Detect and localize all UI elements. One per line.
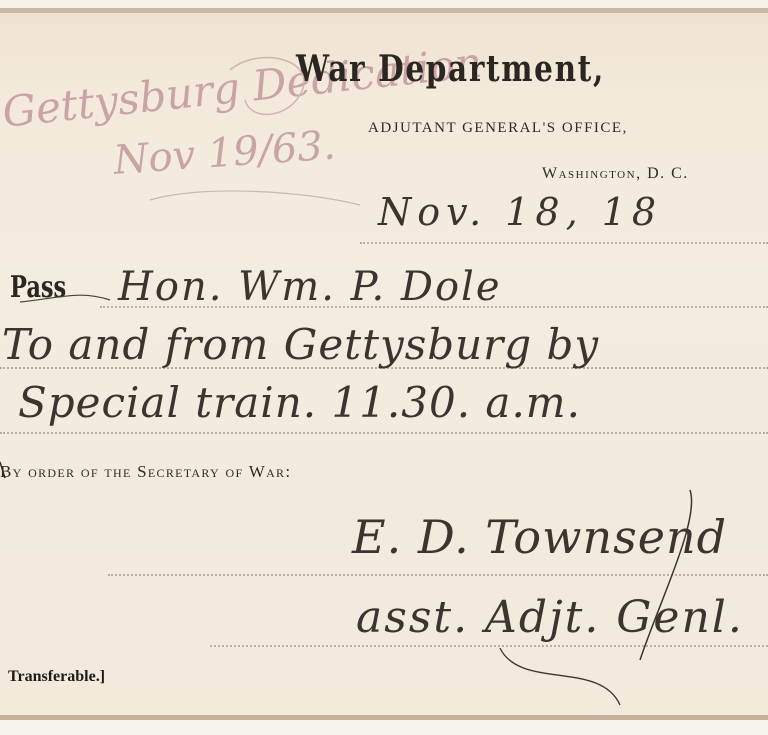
- pass-train-details: Special train. 11.30. a.m.: [18, 378, 581, 427]
- signature-title: asst. Adjt. Genl.: [356, 592, 744, 643]
- scan-background-bottom: [0, 720, 768, 735]
- date-dotted-line: [360, 242, 768, 244]
- authority-line: By order of the Secretary of War:: [0, 462, 291, 482]
- department-title: War Department,: [296, 48, 605, 90]
- transferable-note: Transferable.]: [8, 668, 105, 686]
- handwritten-date: Nov. 18, 18: [378, 190, 662, 234]
- pass-holder-name: Hon. Wm. P. Dole: [118, 264, 501, 310]
- city-heading: Washington, D. C.: [542, 165, 689, 183]
- line3-dotted-line: [0, 432, 768, 434]
- signature-name: E. D. Townsend: [352, 510, 727, 564]
- title-dotted-line: [210, 645, 768, 647]
- pass-destination: To and from Gettysburg by: [2, 320, 599, 369]
- signature-dotted-line: [108, 574, 768, 576]
- scan-background-top: [0, 0, 768, 8]
- office-heading: ADJUTANT GENERAL'S OFFICE,: [368, 120, 628, 137]
- pass-label: Pass: [10, 270, 66, 305]
